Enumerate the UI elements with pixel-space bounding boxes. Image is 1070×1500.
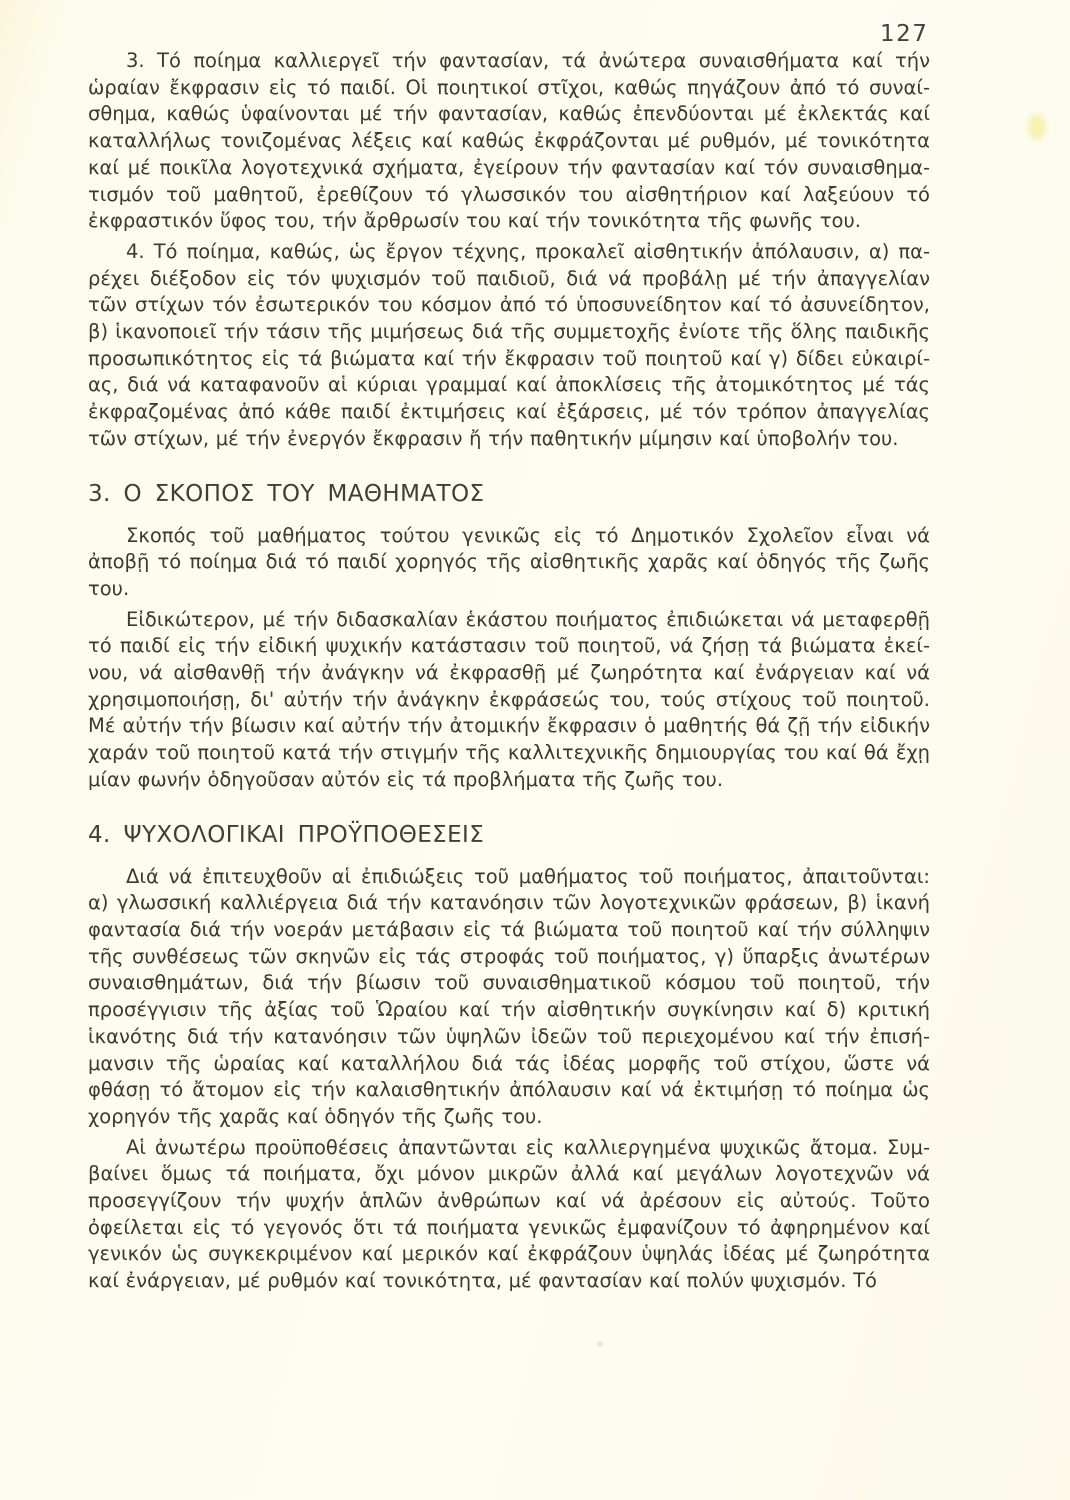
text-line: συναισθημάτων, διά τήν βίωσιν τοῦ συναισ… xyxy=(88,970,930,997)
text-line: μανσιν τῆς ὡραίας καί καταλλήλου διά τάς… xyxy=(88,1051,930,1078)
text-line: ρέχει διέξοδον εἰς τόν ψυχισμόν τοῦ παιδ… xyxy=(88,266,930,293)
text-line: σθημα, καθώς ὑφαίνονται μέ τήν φαντασίαν… xyxy=(88,101,930,128)
text-line: βαίνει ὅμως τά ποιήματα, ὄχι μόνον μικρῶ… xyxy=(88,1161,930,1188)
scanned-book-page: 127 3. Τό ποίημα καλλιεργεῖ τήν φαντασία… xyxy=(0,0,1070,1500)
section-heading: 3. Ο ΣΚΟΠΟΣ ΤΟΥ ΜΑΘΗΜΑΤΟΣ xyxy=(88,479,930,509)
page-number: 127 xyxy=(880,21,928,47)
text-line: Αἱ ἀνωτέρω προϋποθέσεις ἀπαντῶνται εἰς κ… xyxy=(88,1135,930,1162)
text-line: ἐκφραζομένας ἀπό κάθε παιδί ἐκτιμήσεις κ… xyxy=(88,399,930,426)
text-column: 3. Τό ποίημα καλλιεργεῖ τήν φαντασίαν, τ… xyxy=(88,48,930,1295)
text-line: Εἰδικώτερον, μέ τήν διδασκαλίαν ἑκάστου … xyxy=(88,607,930,634)
text-line: χρησιμοποιήσῃ, δι' αὐτήν τήν ἀνάγκην ἐκφ… xyxy=(88,687,930,714)
text-line: φαντασία διά τήν νοεράν μετάβασιν εἰς τά… xyxy=(88,917,930,944)
text-line: τῆς συνθέσεως τῶν σκηνῶν εἰς τάς στροφάς… xyxy=(88,944,930,971)
text-line: Σκοπός τοῦ μαθήματος τούτου γενικῶς εἰς … xyxy=(88,523,930,550)
text-line: β) ἱκανοποιεῖ τήν τάσιν τῆς μιμήσεως διά… xyxy=(88,319,930,346)
text-line: τισμόν τοῦ μαθητοῦ, ἐρεθίζουν τό γλωσσικ… xyxy=(88,182,930,209)
scan-speck-icon xyxy=(597,1342,603,1346)
text-line: καί μέ ποικῖλα λογοτεχνικά σχήματα, ἐγεί… xyxy=(88,155,930,182)
text-line: ὀφείλεται εἰς τό γεγονός ὅτι τά ποιήματα… xyxy=(88,1215,930,1242)
text-line: Διά νά ἐπιτευχθοῦν αἱ ἐπιδιώξεις τοῦ μαθ… xyxy=(88,864,930,891)
text-line: γενικόν ὡς συγκεκριμένον καί μερικόν καί… xyxy=(88,1241,930,1268)
scan-smudge-icon xyxy=(1028,114,1046,140)
text-line: ας, διά νά καταφανοῦν αἱ κύριαι γραμμαί … xyxy=(88,372,930,399)
text-line: του. xyxy=(88,576,930,603)
text-line: 3. Τό ποίημα καλλιεργεῖ τήν φαντασίαν, τ… xyxy=(88,48,930,75)
text-line: ἱκανότης διά τήν κατανόησιν τῶν ὑψηλῶν ἰ… xyxy=(88,1024,930,1051)
text-line: 4. Τό ποίημα, καθώς, ὡς ἔργον τέχνης, πρ… xyxy=(88,239,930,266)
text-line: καταλλήλως τονιζομένας λέξεις καί καθώς … xyxy=(88,128,930,155)
paragraph: Σκοπός τοῦ μαθήματος τούτου γενικῶς εἰς … xyxy=(88,523,930,603)
text-line: φθάσῃ τό ἄτομον εἰς τήν καλαισθητικήν ἀπ… xyxy=(88,1077,930,1104)
text-line: ὡραίαν ἔκφρασιν εἰς τό παιδί. Οἱ ποιητικ… xyxy=(88,75,930,102)
text-line: νου, νά αἰσθανθῇ τήν ἀνάγκην νά ἐκφρασθῇ… xyxy=(88,660,930,687)
paragraph: 4. Τό ποίημα, καθώς, ὡς ἔργον τέχνης, πρ… xyxy=(88,239,930,453)
text-line: Μέ αὐτήν τήν βίωσιν καί αὐτήν τήν ἀτομικ… xyxy=(88,713,930,740)
text-line: α) γλωσσική καλλιέργεια διά τήν κατανόησ… xyxy=(88,890,930,917)
section-heading: 4. ΨΥΧΟΛΟΓΙΚΑΙ ΠΡΟΫΠΟΘΕΣΕΙΣ xyxy=(88,820,930,850)
text-line: ἐκφραστικόν ὕφος του, τήν ἄρθρωσίν του κ… xyxy=(88,208,930,235)
text-line: τῶν στίχων τόν ἐσωτερικόν του κόσμον ἀπό… xyxy=(88,292,930,319)
text-line: χορηγόν τῆς χαρᾶς καί ὁδηγόν τῆς ζωῆς το… xyxy=(88,1104,930,1131)
paragraph: Εἰδικώτερον, μέ τήν διδασκαλίαν ἑκάστου … xyxy=(88,607,930,794)
paragraph: Αἱ ἀνωτέρω προϋποθέσεις ἀπαντῶνται εἰς κ… xyxy=(88,1135,930,1295)
text-line: ἀποβῇ τό ποίημα διά τό παιδί χορηγός τῆς… xyxy=(88,549,930,576)
text-line: τό παιδί εἰς τήν εἰδική ψυχικήν κατάστασ… xyxy=(88,633,930,660)
paragraph: Διά νά ἐπιτευχθοῦν αἱ ἐπιδιώξεις τοῦ μαθ… xyxy=(88,864,930,1131)
paragraph: 3. Τό ποίημα καλλιεργεῖ τήν φαντασίαν, τ… xyxy=(88,48,930,235)
text-line: μίαν φωνήν ὁδηγοῦσαν αὐτόν εἰς τά προβλή… xyxy=(88,767,930,794)
text-line: καί ἐνάργειαν, μέ ρυθμόν καί τονικότητα,… xyxy=(88,1268,930,1295)
text-line: προσωπικότητος εἰς τά βιώματα καί τήν ἔκ… xyxy=(88,346,930,373)
text-line: χαράν τοῦ ποιητοῦ κατά τήν στιγμήν τῆς κ… xyxy=(88,740,930,767)
text-line: τῶν στίχων, μέ τήν ἐνεργόν ἔκφρασιν ἤ τή… xyxy=(88,426,930,453)
text-line: προσέγγισιν τῆς ἀξίας τοῦ Ὡραίου καί τήν… xyxy=(88,997,930,1024)
text-line: προσεγγίζουν τήν ψυχήν ἁπλῶν ἀνθρώπων κα… xyxy=(88,1188,930,1215)
